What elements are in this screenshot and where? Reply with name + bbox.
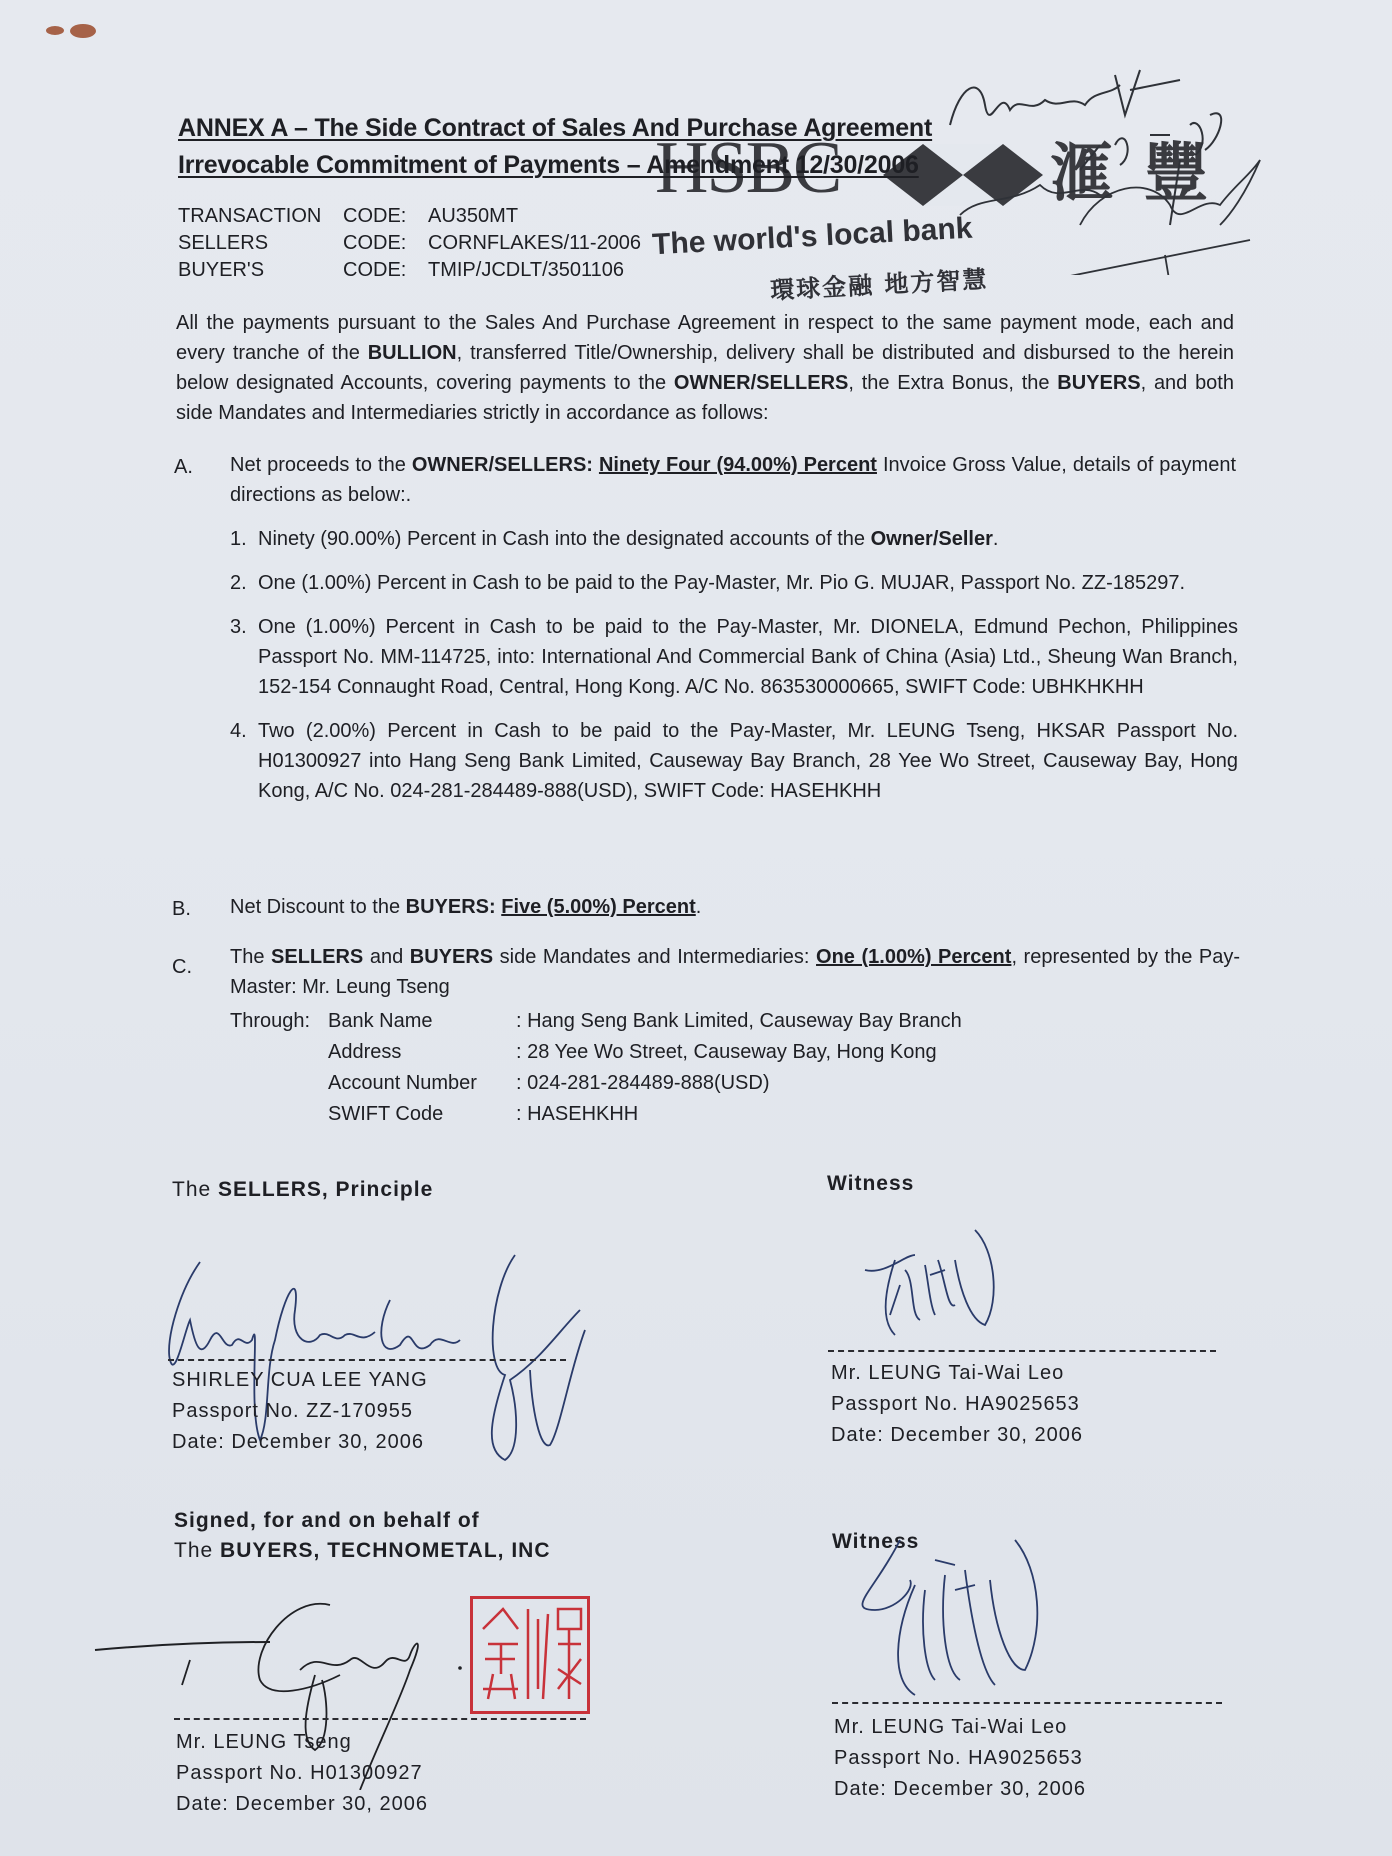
code-row-sellers: SELLERSCODE:CORNFLAKES/11-2006 — [178, 230, 641, 257]
transaction-codes: TRANSACTIONCODE:AU350MT SELLERSCODE:CORN… — [178, 203, 641, 284]
section-c-text: The SELLERS and BUYERS side Mandates and… — [230, 942, 1240, 1002]
buyers-details: Mr. LEUNG Tseng Passport No. H01300927 D… — [176, 1727, 428, 1820]
section-c-letter: C. — [172, 952, 192, 982]
document-title: ANNEX A – The Side Contract of Sales And… — [178, 114, 932, 143]
buyers-date: Date: December 30, 2006 — [176, 1789, 428, 1820]
list-item: 2. One (1.00%) Percent in Cash to be pai… — [230, 568, 1238, 598]
sellers-details: SHIRLEY CUA LEE YANG Passport No. ZZ-170… — [172, 1365, 428, 1458]
list-item: 1. Ninety (90.00%) Percent in Cash into … — [230, 524, 1238, 554]
red-seal-chop — [470, 1596, 590, 1714]
stain-mark — [46, 26, 64, 35]
sellers-signature-line — [168, 1359, 566, 1361]
bank-address-row: Address: 28 Yee Wo Street, Causeway Bay,… — [328, 1037, 962, 1068]
witness2-details: Mr. LEUNG Tai-Wai Leo Passport No. HA902… — [834, 1712, 1086, 1805]
list-item: 3. One (1.00%) Percent in Cash to be pai… — [230, 612, 1238, 702]
sellers-date: Date: December 30, 2006 — [172, 1427, 428, 1458]
witness1-signature-line — [828, 1350, 1216, 1352]
witness1-date: Date: December 30, 2006 — [831, 1420, 1083, 1451]
witness1-name: Mr. LEUNG Tai-Wai Leo — [831, 1358, 1083, 1389]
document-subtitle: Irrevocable Commitment of Payments – Ame… — [178, 151, 919, 180]
stain-mark — [70, 24, 96, 38]
sellers-heading: The SELLERS, Principle — [172, 1178, 433, 1202]
section-a-letter: A. — [174, 452, 193, 482]
witness1-heading: Witness — [827, 1172, 914, 1196]
code-row-buyers: BUYER'SCODE:TMIP/JCDLT/3501106 — [178, 257, 641, 284]
section-b-text: Net Discount to the BUYERS: Five (5.00%)… — [230, 892, 701, 922]
witness1-signature — [860, 1220, 1020, 1360]
witness2-name: Mr. LEUNG Tai-Wai Leo — [834, 1712, 1086, 1743]
section-a-text: Net proceeds to the OWNER/SELLERS: Ninet… — [230, 450, 1236, 510]
sellers-passport: Passport No. ZZ-170955 — [172, 1396, 428, 1427]
buyers-passport: Passport No. H01300927 — [176, 1758, 428, 1789]
through-label: Through: — [230, 1006, 328, 1130]
bank-swift-row: SWIFT Code: HASEHKHH — [328, 1099, 962, 1130]
bank-account-row: Account Number: 024-281-284489-888(USD) — [328, 1068, 962, 1099]
bank-name-row: Bank Name: Hang Seng Bank Limited, Cause… — [328, 1006, 962, 1037]
witness2-signature — [855, 1530, 1075, 1710]
list-item: 4. Two (2.00%) Percent in Cash to be pai… — [230, 716, 1238, 806]
section-b-letter: B. — [172, 894, 191, 924]
code-row-transaction: TRANSACTIONCODE:AU350MT — [178, 203, 641, 230]
witness2-date: Date: December 30, 2006 — [834, 1774, 1086, 1805]
witness1-passport: Passport No. HA9025653 — [831, 1389, 1083, 1420]
bank-details: Through: Bank Name: Hang Seng Bank Limit… — [230, 1006, 962, 1130]
sellers-name: SHIRLEY CUA LEE YANG — [172, 1365, 428, 1396]
witness2-passport: Passport No. HA9025653 — [834, 1743, 1086, 1774]
buyers-heading: Signed, for and on behalf of The BUYERS,… — [174, 1506, 550, 1566]
witness1-details: Mr. LEUNG Tai-Wai Leo Passport No. HA902… — [831, 1358, 1083, 1451]
witness2-signature-line — [832, 1702, 1222, 1704]
section-a-list: 1. Ninety (90.00%) Percent in Cash into … — [230, 524, 1238, 806]
intro-paragraph: All the payments pursuant to the Sales A… — [176, 308, 1234, 428]
seal-characters-icon — [473, 1599, 587, 1711]
buyers-signature-line — [174, 1718, 586, 1720]
buyers-name: Mr. LEUNG Tseng — [176, 1727, 428, 1758]
